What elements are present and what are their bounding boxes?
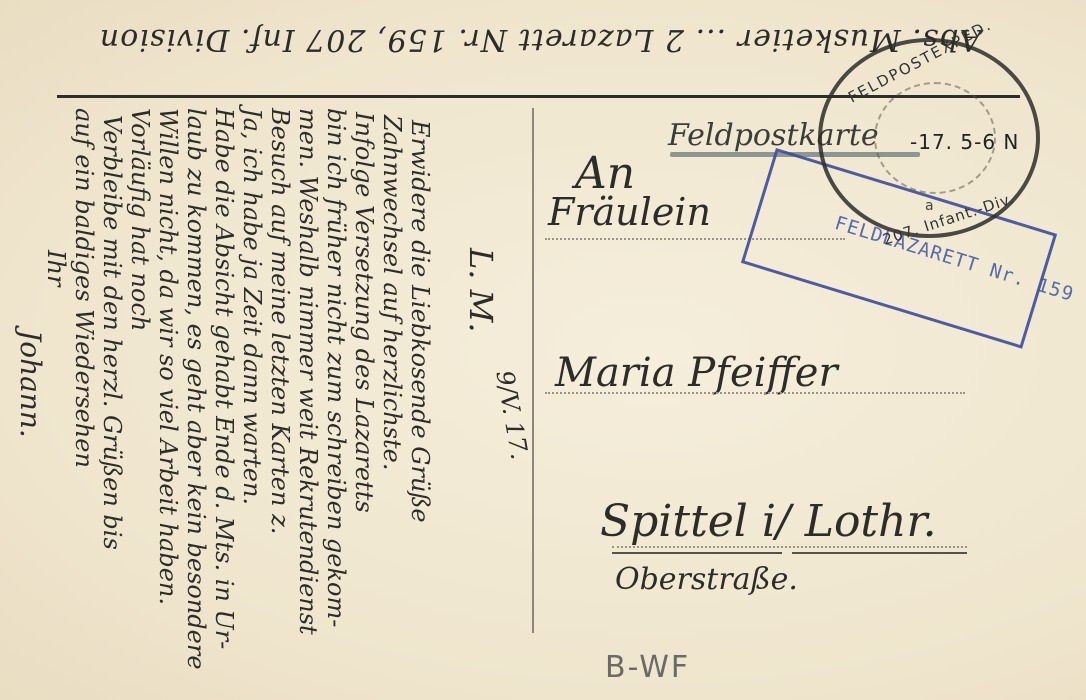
postmark-date: -17. 5-6 N [910,130,1019,154]
message-line: Besuch auf meine letzten Karten z. [268,108,292,534]
message-line: Habe die Absicht gehabt Ende d. Mts. in … [212,108,236,649]
message-line: men. Weshalb nimmer weit Rekrutendienst [296,108,320,635]
message-line: Erwidere die Liebkosende Grüße [408,120,432,523]
postcard: Abs. Musketier ... 2 Lazarett Nr. 159, 2… [0,0,1086,700]
message-line: Infolge Versetzung des Lazaretts [352,112,376,513]
message-line: Zahnwechsel auf herzlichste. [380,115,404,470]
center-divider [532,108,534,633]
address-line-3 [612,546,967,548]
message-line: bin ich früher nicht zum schreiben gekom… [324,108,348,627]
message-signature: Johann. [16,330,44,438]
message-line: Ihr [44,250,68,286]
recipient-city: Spittel i/ Lothr. [600,496,937,547]
address-underline-left [612,552,782,554]
recipient-title: Fräulein [548,190,711,234]
message-line: auf ein baldiges Wiedersehen [72,108,96,468]
message-greeting: L. M. [462,248,500,333]
message-line: Ja, ich habe ja Zeit dann warten. [240,108,264,505]
message-area: L. M. 9/V. 17. Erwidere die Liebkosende … [10,100,530,700]
address-underline-right [792,552,967,554]
message-line: Vorläufig hat noch [128,108,152,331]
recipient-name: Maria Pfeiffer [555,350,838,396]
recipient-street: Oberstraße. [615,562,798,597]
address-line-2 [545,392,965,394]
message-line: Willen nicht, da wir so viel Arbeit habe… [156,108,180,605]
message-date: 9/V. 17. [490,368,533,461]
archive-code: B-WF [605,650,690,685]
message-line: laub zu kommen, es geht aber kein besond… [184,108,208,670]
message-line: Verbleibe mit den herzl. Grüßen bis [100,115,124,550]
postmark-letter: a [925,198,934,214]
